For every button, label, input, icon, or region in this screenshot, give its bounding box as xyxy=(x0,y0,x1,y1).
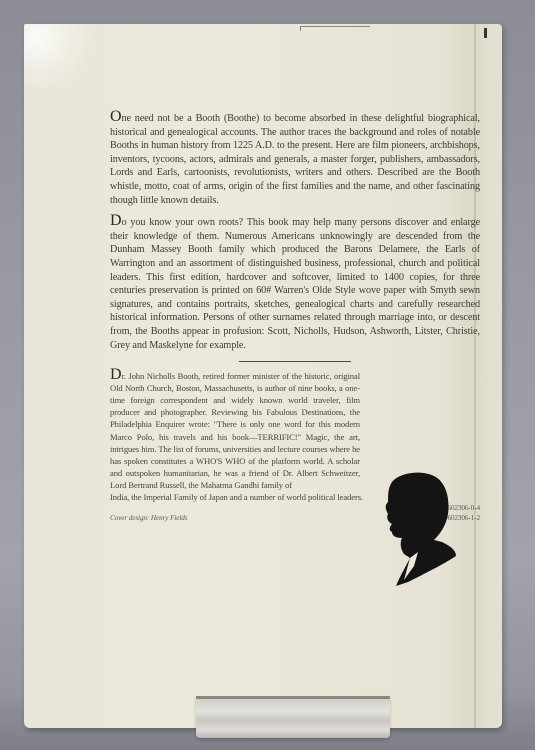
dropcap: O xyxy=(110,108,121,125)
dropcap: D xyxy=(110,212,121,229)
display-stand xyxy=(196,696,390,738)
blurb-paragraph-2: Do you know your own roots? This book ma… xyxy=(110,216,480,352)
paragraph-text: ne need not be a Booth (Boothe) to becom… xyxy=(110,113,480,206)
jacket-tear xyxy=(300,26,370,31)
light-glare xyxy=(24,24,94,94)
paragraph-text: o you know your own roots? This book may… xyxy=(110,217,480,350)
silhouette-portrait-icon xyxy=(370,468,470,588)
cover-design-credit: Cover design: Henry Fields xyxy=(110,513,187,523)
section-divider xyxy=(239,361,351,362)
jacket-nick xyxy=(484,28,487,38)
author-bio: Dr. John Nicholls Booth, retired former … xyxy=(110,370,360,491)
bio-text: r. John Nicholls Booth, retired former m… xyxy=(110,371,360,490)
blurb-paragraph-1: One need not be a Booth (Boothe) to beco… xyxy=(110,112,480,207)
dropcap: D xyxy=(110,366,121,383)
blurb-text-area: One need not be a Booth (Boothe) to beco… xyxy=(110,112,480,523)
book-back-cover: One need not be a Booth (Boothe) to beco… xyxy=(24,24,502,728)
